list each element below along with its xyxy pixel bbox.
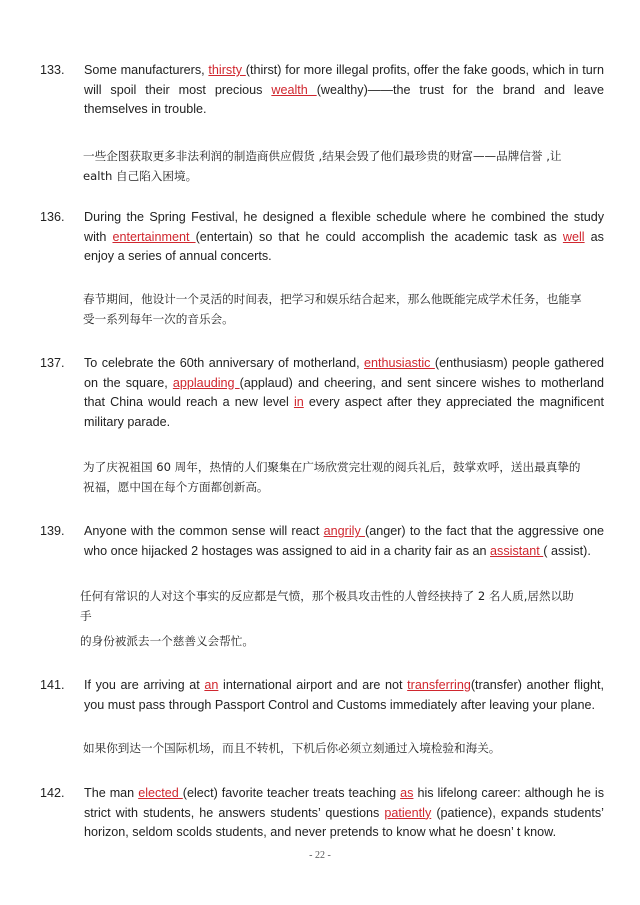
- translation-137: 为了庆祝祖国 60 周年，热情的人们聚集在广场欣赏完壮观的阅兵礼后，鼓掌欢呼，送…: [83, 457, 583, 497]
- answer-word: patiently: [384, 806, 431, 820]
- answer-word: in: [294, 395, 304, 409]
- answer-word: as: [400, 786, 413, 800]
- answer-word: elected: [138, 786, 183, 800]
- item-137: 137.To celebrate the 60th anniversary of…: [62, 354, 604, 432]
- item-136: 136.During the Spring Festival, he desig…: [62, 208, 604, 267]
- item-number: 142.: [62, 784, 84, 804]
- item-number: 137.: [62, 354, 84, 374]
- answer-word: thirsty: [208, 63, 245, 77]
- item-141: 141.If you are arriving at an internatio…: [62, 676, 604, 715]
- translation-136: 春节期间，他设计一个灵活的时间表，把学习和娱乐结合起来，那么他既能完成学术任务，…: [83, 289, 583, 329]
- item-number: 133.: [62, 61, 84, 81]
- answer-word: an: [204, 678, 218, 692]
- answer-word: entertainment: [112, 230, 195, 244]
- item-number: 139.: [62, 522, 84, 542]
- translation-139-line2: 的身份被派去一个慈善义会帮忙。: [80, 631, 580, 651]
- translation-133: 一些企图获取更多非法利润的制造商供应假货 ,结果会毁了他们最珍贵的财富——品牌信…: [83, 146, 583, 186]
- item-142: 142.The man elected (elect) favorite tea…: [62, 784, 604, 843]
- item-139: 139.Anyone with the common sense will re…: [62, 522, 604, 561]
- item-133: 133.Some manufacturers, thirsty (thirst)…: [62, 61, 604, 120]
- answer-word: transferring: [407, 678, 471, 692]
- item-number: 141.: [62, 676, 84, 696]
- translation-139-line1: 任何有常识的人对这个事实的反应都是气愤，那个极具攻击性的人曾经挟持了 2 名人质…: [80, 586, 580, 626]
- answer-word: applauding: [173, 376, 240, 390]
- answer-word: well: [563, 230, 585, 244]
- answer-word: wealth: [271, 83, 316, 97]
- answer-word: angrily: [324, 524, 365, 538]
- item-number: 136.: [62, 208, 84, 228]
- page-number: - 22 -: [0, 850, 640, 861]
- answer-word: enthusiastic: [364, 356, 435, 370]
- translation-141: 如果你到达一个国际机场，而且不转机，下机后你必须立刻通过入境检验和海关。: [83, 738, 583, 758]
- answer-word: assistant: [490, 544, 543, 558]
